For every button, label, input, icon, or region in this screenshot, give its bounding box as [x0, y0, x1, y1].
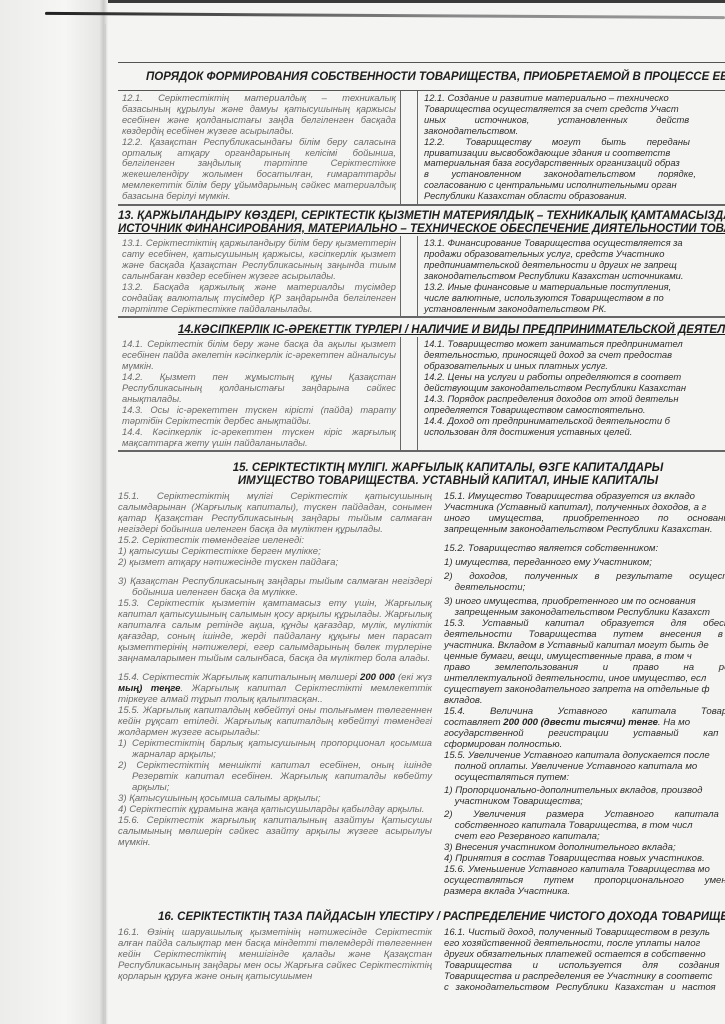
section-13-title-ru: ИСТОЧНИК ФИНАНСИРОВАНИЯ, МАТЕРИАЛЬНО – Т…	[118, 223, 725, 236]
list-item: собственного капитала Товарищества, в то…	[444, 820, 725, 831]
table-spacer-column	[400, 337, 418, 450]
list-item: 1) қатысушы Серіктестікке берген мүлікке…	[118, 546, 432, 557]
list-item: счет его Резервного капитала;	[444, 831, 725, 842]
text-line: запрещенным законодательством Республики…	[444, 524, 725, 535]
paragraph-14-3-kz: 14.3. Осы іс-әрекеттен түскен кірісті (п…	[122, 405, 396, 427]
text-line: других обязательных платежей остается в …	[444, 949, 725, 960]
capital-amount: 200 000 (двести тысячи) тенге	[503, 717, 658, 728]
list-item: 2) Увеличения размера Уставного капитала…	[444, 809, 725, 820]
list-item: 1) Серіктестіктің барлық қатысушының про…	[118, 738, 432, 760]
section-16-title: 16. СЕРІКТЕСТІКТІҢ ТАЗА ПАЙДАСЫН ҮЛЕСТІР…	[118, 911, 725, 924]
text-line: интеллектуальной деятельности, иное имущ…	[444, 673, 725, 684]
text-line: 15.1. Имущество Товарищества образуется …	[444, 491, 725, 502]
text-line: 13.2. Иные финансовые и материальные пос…	[424, 282, 725, 293]
text-line: установленным законодательством РК.	[424, 304, 725, 315]
text-line: 15.4. Величина Уставного капитала Товари…	[444, 706, 725, 717]
list-item: 2) қызмет атқару нәтижесінде түскен пайд…	[118, 557, 432, 568]
section-13-title-kz: 13. ҚАРЖЫЛАНДЫРУ КӨЗДЕРІ, СЕРІКТЕСТІК ҚЫ…	[118, 210, 725, 223]
divider	[118, 316, 725, 318]
text-line: право землепользования и право на резуль…	[444, 662, 725, 673]
paragraph-14-1-kz: 14.1. Серіктестік білім беру және басқа …	[122, 339, 396, 372]
paragraph-15-2-kz: 15.2. Серіктестік төмендегіге иеленеді:	[118, 535, 432, 546]
list-item: 4) Принятия в состав Товарищества новых …	[444, 853, 725, 864]
text-line: 12.2. Товариществу могут быть переданы	[424, 137, 725, 148]
list-item: 3) иного имущества, приобретенного им по…	[444, 596, 725, 607]
text-span: 15.4. Серіктестік Жарғылық капиталының м…	[118, 672, 360, 683]
list-item: 2) доходов, полученных в результате осущ…	[444, 571, 725, 582]
page-fold-line	[104, 24, 106, 1024]
page-top-edge	[45, 12, 725, 19]
section-13-kz: 13.1. Серіктестіктің қаржыландыру білім …	[118, 236, 400, 316]
paragraph-15-5-kz: 15.5. Жарғылық капиталдың көбейтуі оны т…	[118, 705, 432, 738]
list-item: 1) имущества, переданного ему Участником…	[444, 557, 725, 568]
list-item: 2) Серіктестіктің меншікті капитал есебі…	[118, 760, 432, 793]
paragraph-12-1-kz: 12.1. Серіктестіктің материалдық – техни…	[122, 93, 396, 137]
text-line: 15.6. Уменьшение Уставного капитала Това…	[444, 864, 725, 875]
section-13-table: 13.1. Серіктестіктің қаржыландыру білім …	[118, 236, 725, 316]
text-line: участника. Вкладом в Уставный капитал мо…	[444, 640, 725, 651]
text-line: осуществляться путем пропорционального у…	[444, 875, 725, 886]
text-line: Республики Казахстан области образования…	[424, 191, 725, 202]
paragraph-12-2-kz: 12.2. Қазақстан Республикасындағы білім …	[122, 137, 396, 202]
divider	[118, 62, 725, 63]
text-line: вкладов.	[444, 695, 725, 706]
text-line: составляет 200 000 (двести тысячи) тенге…	[444, 717, 725, 728]
paragraph-14-2-kz: 14.2. Қызмет пен жұмыстың құны Қазақстан…	[122, 372, 396, 405]
section-15-title-ru: ИМУЩЕСТВО ТОВАРИЩЕСТВА. УСТАВНЫЙ КАПИТАЛ…	[118, 475, 725, 488]
text-line: Товарищества и используется для создания…	[444, 960, 725, 971]
section-14-title: 14.КӘСІПКЕРЛІК ІС-ӘРЕКЕТТІК ТҮРЛЕРІ / НА…	[118, 324, 725, 337]
paragraph-13-2-kz: 13.2. Басқада қаржылық және материалды т…	[122, 282, 396, 315]
text-line: Участника (Уставный капитал), полученных…	[444, 502, 725, 513]
list-item: 4) Серіктестік құрамына жаңа қатысушылар…	[118, 804, 432, 815]
text-line: осуществляться путем:	[444, 772, 725, 783]
text-line: Товарищества и распределения ее Участник…	[444, 971, 725, 982]
text-line: размера вклада Участника.	[444, 886, 725, 897]
text-line: числе валютные, используются Товариществ…	[424, 293, 725, 304]
paragraph-13-1-kz: 13.1. Серіктестіктің қаржыландыру білім …	[122, 238, 396, 282]
table-spacer-column	[400, 236, 418, 316]
section-14-kz: 14.1. Серіктестік білім беру және басқа …	[118, 337, 400, 450]
text-line: 15.3. Уставный капитал образуется для об…	[444, 618, 725, 629]
list-item: деятельности;	[444, 582, 725, 593]
text-span: (екі жүз	[395, 672, 432, 683]
section-16-ru: 16.1. Чистый доход, полученный Товарищес…	[440, 927, 725, 993]
divider	[118, 450, 725, 452]
list-item: запрещенным законодательством Республики…	[444, 607, 725, 618]
text-line: сформирован полностью.	[444, 739, 725, 750]
text-span: составляет	[444, 717, 503, 728]
section-15-kz: 15.1. Серіктестіктің мүлігі Серіктестік …	[118, 491, 440, 897]
text-line: использован для достижения уставных целе…	[424, 427, 725, 438]
paragraph-14-4-kz: 14.4. Кәсіпкерлік іс-әрекеттен түскен кі…	[122, 427, 396, 449]
list-item: 3) Қазақстан Республикасының заңдары тый…	[118, 576, 432, 598]
text-line: 16.1. Чистый доход, полученный Товарищес…	[444, 927, 725, 938]
section-12-kz: 12.1. Серіктестіктің материалдық – техни…	[118, 91, 400, 204]
section-12-table: 12.1. Серіктестіктің материалдық – техни…	[118, 91, 725, 204]
list-item: участником Товарищества;	[444, 796, 725, 807]
text-line: полной оплаты. Увеличение Уставного капи…	[444, 761, 725, 772]
section-12-title: ПОРЯДОК ФОРМИРОВАНИЯ СОБСТВЕННОСТИ ТОВАР…	[118, 71, 725, 84]
text-span: . На мо	[658, 717, 690, 728]
text-line: его хозяйственной деятельности, после уп…	[444, 938, 725, 949]
section-15-ru: 15.1. Имущество Товарищества образуется …	[440, 491, 725, 897]
section-14-table: 14.1. Серіктестік білім беру және басқа …	[118, 337, 725, 450]
paragraph-15-1-kz: 15.1. Серіктестіктің мүлігі Серіктестік …	[118, 491, 432, 535]
document-page: ПОРЯДОК ФОРМИРОВАНИЯ СОБСТВЕННОСТИ ТОВАР…	[118, 58, 725, 993]
paragraph-15-3-kz: 15.3. Серіктестік қызметін қамтамасыз ет…	[118, 598, 432, 664]
text-line: деятельности Товарищества путем внесения…	[444, 629, 725, 640]
text-line: 15.2. Товарищество является собственнико…	[444, 543, 725, 554]
list-item: 3) Внесения участником дополнительного в…	[444, 842, 725, 853]
text-line: государственной регистрации уставный кап	[444, 728, 725, 739]
list-item: 1) Пропорционально-дополнительных вкладо…	[444, 785, 725, 796]
text-line: законодательством.	[424, 126, 725, 137]
section-12-ru: 12.1. Создание и развитие материально – …	[418, 91, 725, 204]
section-15-title-kz: 15. СЕРІКТЕСТІКТІҢ МҮЛІГІ. ЖАРҒЫЛЫҚ КАПИ…	[118, 462, 725, 475]
text-line: с законодательством Республики Казахстан…	[444, 982, 725, 993]
section-15-body: 15.1. Серіктестіктің мүлігі Серіктестік …	[118, 491, 725, 897]
section-14-ru: 14.1. Товарищество может заниматься пред…	[418, 337, 725, 450]
text-line: ценные бумаги, вещи, имущественные права…	[444, 651, 725, 662]
section-16-body: 16.1. Өзінің шаруашылық қызметінің нәтиж…	[118, 927, 725, 993]
text-line: существует законодательного запрета на о…	[444, 684, 725, 695]
paragraph-16-1-kz: 16.1. Өзінің шаруашылық қызметінің нәтиж…	[118, 927, 432, 982]
capital-amount: 200 000	[360, 672, 395, 683]
scan-left-margin	[0, 0, 108, 1024]
list-item: 3) Қатысушының қосымша салымы арқылы;	[118, 793, 432, 804]
text-line: 15.5. Увеличение Уставного капитала допу…	[444, 750, 725, 761]
section-16-kz: 16.1. Өзінің шаруашылық қызметінің нәтиж…	[118, 927, 440, 993]
paragraph-15-4-kz: 15.4. Серіктестік Жарғылық капиталының м…	[118, 672, 432, 705]
section-13-ru: 13.1. Финансирование Товарищества осущес…	[418, 236, 725, 316]
divider	[118, 204, 725, 206]
table-spacer-column	[400, 91, 418, 204]
capital-amount-words: мың) теңге	[118, 683, 181, 694]
scan-top-edge	[0, 0, 725, 3]
paragraph-15-6-kz: 15.6. Серіктестік жарғылық капиталының а…	[118, 815, 432, 848]
text-line: иного имущества, приобретенного по основ…	[444, 513, 725, 524]
